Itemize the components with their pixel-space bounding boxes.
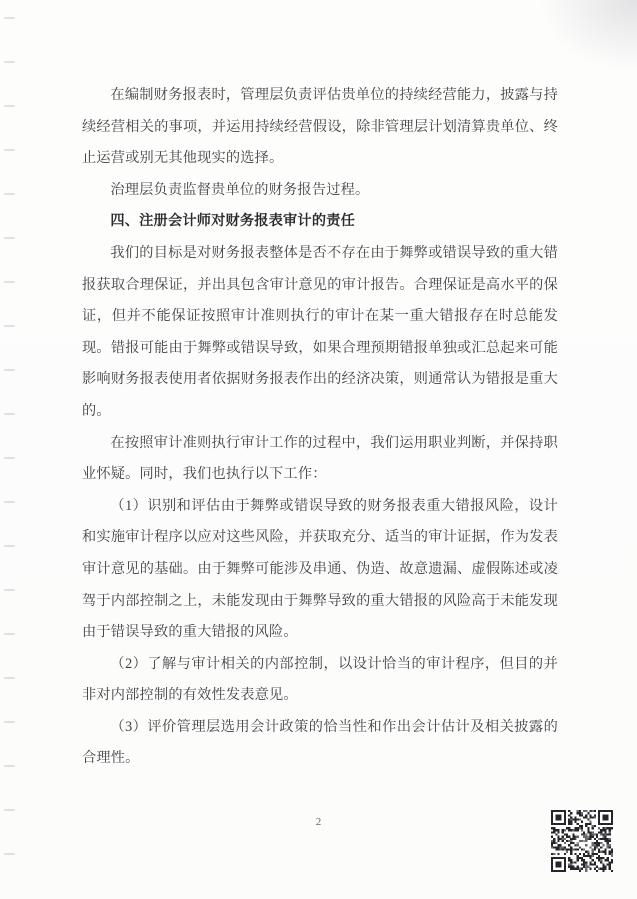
list-item-1-risk-assessment: （1）识别和评估由于舞弊或错误导致的财务报表重大错报风险，设计和实施审计程序以应… [82, 491, 558, 649]
binding-dash [4, 589, 15, 591]
paragraph-going-concern: 在编制财务报表时，管理层负责评估贵单位的持续经营能力，披露与持续经营相关的事项，… [82, 80, 558, 175]
binding-dash [4, 193, 15, 195]
document-page: 在编制财务报表时，管理层负责评估贵单位的持续经营能力，披露与持续经营相关的事项，… [0, 0, 637, 899]
binding-marks [0, 0, 20, 899]
binding-dash [4, 765, 15, 767]
list-item-2-internal-control: （2）了解与审计相关的内部控制，以设计恰当的审计程序，但目的并非对内部控制的有效… [82, 649, 558, 712]
binding-dash [4, 853, 15, 855]
binding-dash [4, 413, 15, 415]
page-number: 2 [0, 816, 637, 828]
binding-dash [4, 457, 15, 459]
section-heading-auditor-responsibility: 四、注册会计师对财务报表审计的责任 [82, 206, 558, 238]
binding-dash [4, 61, 15, 63]
list-item-3-accounting-policies: （3）评价管理层选用会计政策的恰当性和作出会计估计及相关披露的合理性。 [82, 712, 558, 775]
binding-dash [4, 237, 15, 239]
binding-dash [4, 105, 15, 107]
binding-dash [4, 369, 15, 371]
binding-dash [4, 633, 15, 635]
binding-dash [4, 545, 15, 547]
document-content: 在编制财务报表时，管理层负责评估贵单位的持续经营能力，披露与持续经营相关的事项，… [82, 80, 558, 775]
qr-code-icon [551, 810, 613, 872]
binding-dash [4, 281, 15, 283]
binding-dash [4, 501, 15, 503]
paragraph-professional-judgment: 在按照审计准则执行审计工作的过程中，我们运用职业判断，并保持职业怀疑。同时，我们… [82, 428, 558, 491]
paragraph-audit-objective: 我们的目标是对财务报表整体是否不存在由于舞弊或错误导致的重大错报获取合理保证，并… [82, 238, 558, 428]
binding-dash [4, 325, 15, 327]
binding-dash [4, 721, 15, 723]
binding-dash [4, 17, 15, 19]
paragraph-governance-oversight: 治理层负责监督贵单位的财务报告过程。 [82, 175, 558, 207]
binding-dash [4, 809, 15, 811]
binding-dash [4, 149, 15, 151]
binding-dash [4, 677, 15, 679]
